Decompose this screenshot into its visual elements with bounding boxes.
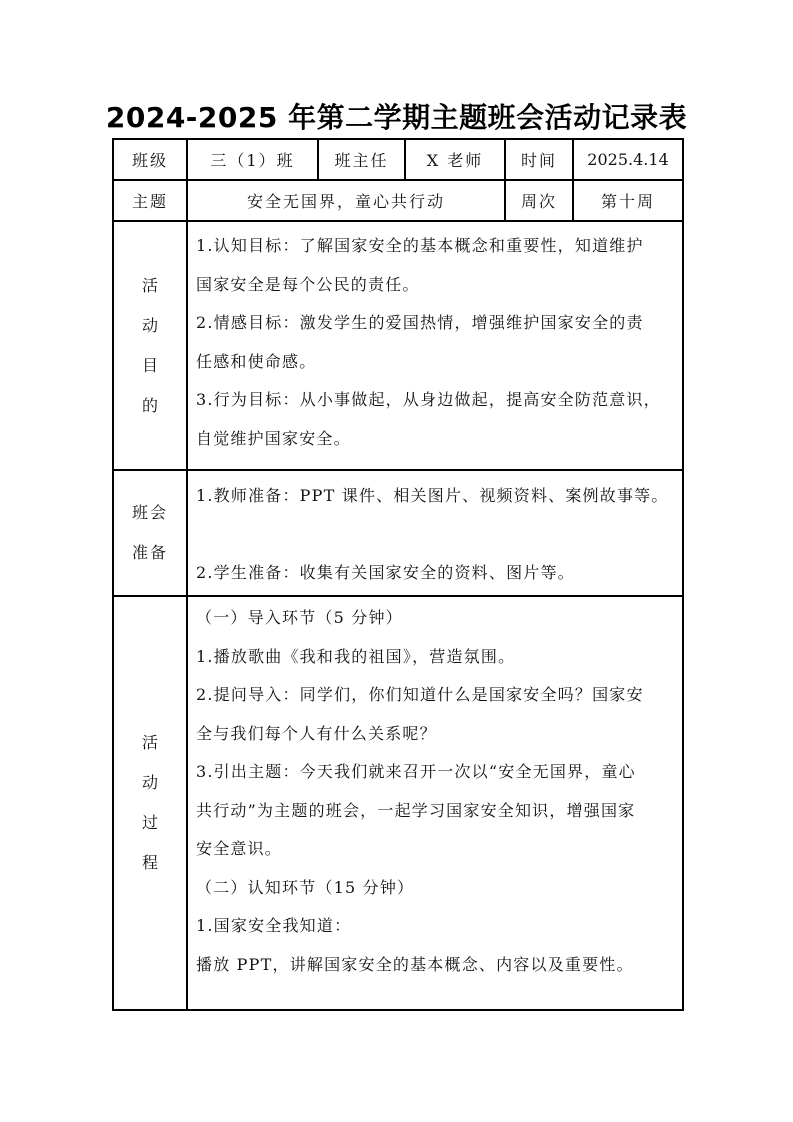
goals-label-char: 目 [114,346,186,386]
preparation-content: 1.教师准备：PPT 课件、相关图片、视频资料、案例故事等。 2.学生准备：收集… [187,470,683,596]
teacher-label: 班主任 [318,139,405,180]
teacher-preparation: 1.教师准备：PPT 课件、相关图片、视频资料、案例故事等。 [196,477,676,516]
process-label-char: 动 [114,763,186,803]
week-value: 第十周 [573,180,683,221]
process-section-heading: （一）导入环节（5 分钟） [196,599,676,638]
header-row: 班级 三（1）班 班主任 X 老师 时间 2025.4.14 [113,139,683,180]
process-row: 活 动 过 程 （一）导入环节（5 分钟） 1.播放歌曲《我和我的祖国》，营造氛… [113,596,683,1010]
process-content: （一）导入环节（5 分钟） 1.播放歌曲《我和我的祖国》，营造氛围。 2.提问导… [187,596,683,1010]
goals-label-char: 动 [114,306,186,346]
process-label-char: 过 [114,803,186,843]
goals-label: 活 动 目 的 [113,221,187,470]
goals-label-char: 的 [114,386,186,426]
process-line: 播放 PPT，讲解国家安全的基本概念、内容以及重要性。 [196,946,676,985]
process-line: 2.提问导入：同学们，你们知道什么是国家安全吗？国家安 [196,676,676,715]
spacer [196,516,676,554]
goals-line: 1.认知目标：了解国家安全的基本概念和重要性，知道维护 [196,227,676,266]
process-label-char: 程 [114,843,186,883]
goals-line: 自觉维护国家安全。 [196,420,676,459]
theme-label: 主题 [113,180,187,221]
process-line: 1.播放歌曲《我和我的祖国》，营造氛围。 [196,638,676,677]
preparation-label-part: 准备 [114,533,186,573]
week-label: 周次 [505,180,573,221]
goals-row: 活 动 目 的 1.认知目标：了解国家安全的基本概念和重要性，知道维护 国家安全… [113,221,683,470]
theme-row: 主题 安全无国界，童心共行动 周次 第十周 [113,180,683,221]
process-line: 安全意识。 [196,830,676,869]
time-label: 时间 [505,139,573,180]
teacher-value: X 老师 [405,139,505,180]
process-line: 3.引出主题：今天我们就来召开一次以“安全无国界，童心 [196,753,676,792]
class-label: 班级 [113,139,187,180]
preparation-label-part: 班会 [114,493,186,533]
theme-value: 安全无国界，童心共行动 [187,180,505,221]
process-section-heading: （二）认知环节（15 分钟） [196,869,676,908]
goals-content: 1.认知目标：了解国家安全的基本概念和重要性，知道维护 国家安全是每个公民的责任… [187,221,683,470]
student-preparation: 2.学生准备：收集有关国家安全的资料、图片等。 [196,554,676,593]
goals-label-char: 活 [114,266,186,306]
preparation-row: 班会 准备 1.教师准备：PPT 课件、相关图片、视频资料、案例故事等。 2.学… [113,470,683,596]
document-title: 2024-2025 年第二学期主题班会活动记录表 [0,98,793,138]
process-label: 活 动 过 程 [113,596,187,1010]
preparation-label: 班会 准备 [113,470,187,596]
process-line: 全与我们每个人有什么关系呢？ [196,715,676,754]
goals-line: 任感和使命感。 [196,343,676,382]
goals-line: 2.情感目标：激发学生的爱国热情，增强维护国家安全的责 [196,304,676,343]
goals-line: 3.行为目标：从小事做起，从身边做起，提高安全防范意识， [196,381,676,420]
process-line: 共行动”为主题的班会，一起学习国家安全知识，增强国家 [196,792,676,831]
process-line: 1.国家安全我知道： [196,907,676,946]
record-table: 班级 三（1）班 班主任 X 老师 时间 2025.4.14 主题 安全无国界，… [112,138,684,1011]
process-label-char: 活 [114,723,186,763]
goals-line: 国家安全是每个公民的责任。 [196,266,676,305]
time-value: 2025.4.14 [573,139,683,180]
class-value: 三（1）班 [187,139,318,180]
